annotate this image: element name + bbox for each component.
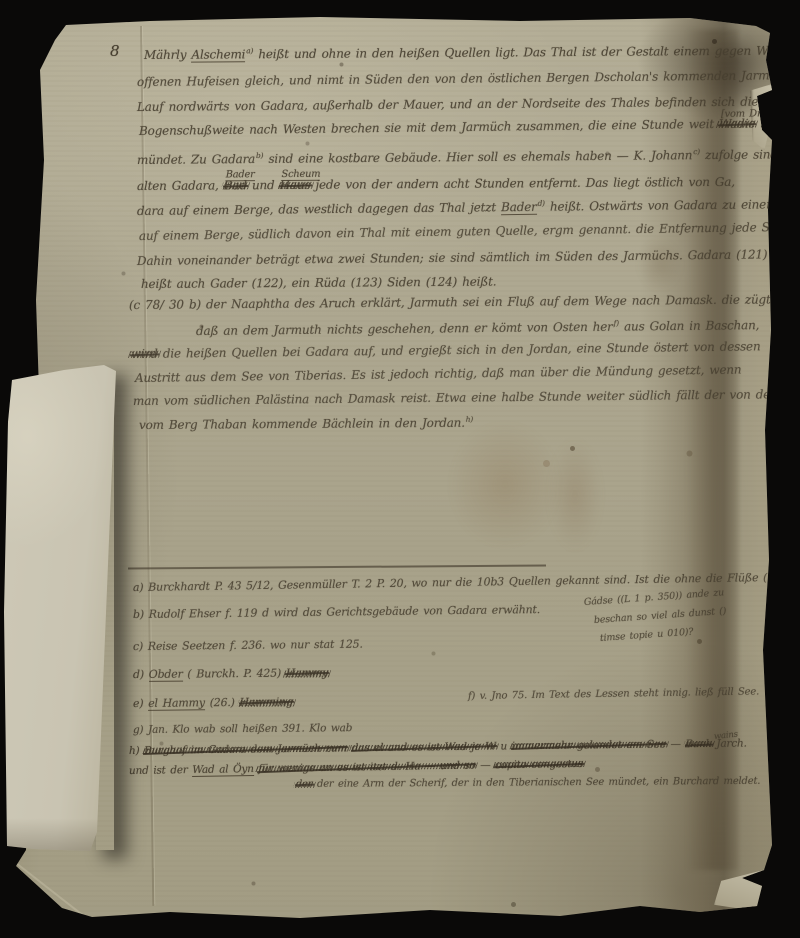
manuscript-line-B2: der der eine Arm der Scherif, der in den… bbox=[296, 776, 760, 790]
text-segment: dara auf einem Berge, das westlich dageg… bbox=[137, 200, 501, 218]
manuscript-line-S5: man vom südlichen Palästina nach Damask … bbox=[133, 387, 800, 408]
bottom-right-corner-fold bbox=[714, 868, 774, 914]
struck-out-text: Hammy bbox=[286, 666, 328, 679]
manuscript-line-S3: wird die heißen Quellen bei Gadara auf, … bbox=[131, 339, 761, 361]
text-segment: aus Golan in Baschan, bbox=[619, 318, 759, 333]
manuscript-line-L1: Mährly Alschemia) heißt und ohne in den … bbox=[144, 42, 799, 62]
struck-out-text: Burghof im Gadara dem Jarmüch zum bbox=[144, 742, 347, 756]
struck-out-text: wird bbox=[131, 347, 158, 361]
manuscript-line-FG: g) Jan. Klo wab soll heißen 391. Klo wab bbox=[133, 722, 352, 736]
manuscript-line-FE: e) el Hammy (26.) Hamming bbox=[133, 695, 293, 710]
manuscript-line-L7: dara auf einem Berge, das westlich dageg… bbox=[137, 196, 780, 218]
struck-out-text: immermehr gelandet am See bbox=[512, 738, 666, 752]
manuscript-line-S1: (c 78/ 30 b) der Naaphtha des Aruch erkl… bbox=[129, 292, 771, 312]
manuscript-line-FH: h) Burghof im Gadara dem Jarmüch zum das… bbox=[129, 737, 747, 757]
underlined-text: Obder bbox=[149, 668, 183, 682]
margin-note-line: Gádse ((L 1 p. 350)) ande zu bbox=[584, 587, 725, 608]
inline-correction: BaderBad bbox=[224, 178, 247, 192]
manuscript-line-L10: heißt auch Gader (122), ein Rüda (123) S… bbox=[141, 275, 496, 291]
text-segment: ( Burckh. P. 425) bbox=[183, 667, 286, 681]
margin-note-line: beschan so viel als dunst () bbox=[594, 606, 727, 626]
text-segment: g) Jan. Klo wab soll heißen 391. Klo wab bbox=[133, 722, 352, 736]
text-segment: b) Rudolf Ehser f. 119 d wird das Gerich… bbox=[133, 603, 540, 621]
manuscript-line-FB: b) Rudolf Ehser f. 119 d wird das Gerich… bbox=[133, 603, 540, 621]
footnote-separator-rule bbox=[128, 565, 546, 569]
text-segment: offenen Hufeisen gleich, und nimt in Süd… bbox=[137, 67, 800, 89]
struck-out-text: der bbox=[296, 779, 313, 790]
text-segment: c) Reise Seetzen f. 236. wo nur stat 125… bbox=[133, 638, 363, 653]
text-segment: Dahin voneinander beträgt etwa zwei Stun… bbox=[137, 247, 767, 268]
text-segment: d) bbox=[133, 668, 149, 681]
manuscript-line-FD: d) Obder ( Burckh. P. 425) Hammy bbox=[133, 666, 328, 681]
text-segment: Austritt aus dem See von Tiberias. Es is… bbox=[135, 363, 742, 385]
bottom-left-cut-edge bbox=[15, 862, 91, 922]
text-segment: in den Jordan bbox=[755, 115, 800, 130]
manuscript-line-FC: c) Reise Seetzen f. 236. wo nur stat 125… bbox=[133, 638, 363, 653]
manuscript-line-S6: vom Berg Thaban kommende Bächlein in den… bbox=[139, 415, 473, 432]
underlined-text: Bader bbox=[501, 200, 537, 215]
text-segment: e) bbox=[133, 697, 148, 710]
margin-note-line: timse topie u 010)? bbox=[600, 626, 694, 643]
text-segment: und ist der bbox=[129, 764, 192, 777]
interlinear-insert: [vom Dn]Wadie bbox=[719, 116, 755, 130]
underlined-text: Wad al Öyn bbox=[192, 763, 254, 777]
footnote-marker: e) bbox=[772, 196, 779, 205]
text-segment: sind eine kostbare Gebäude. Hier soll es… bbox=[263, 148, 692, 166]
struck-out-text: Bank bbox=[685, 738, 711, 750]
text-segment: daß an dem Jarmuth nichts geschehen, den… bbox=[196, 320, 613, 338]
text-segment: Bogenschußweite nach Westen brechen sie … bbox=[139, 117, 719, 138]
text-segment: jede von der andern acht Stunden entfern… bbox=[310, 175, 735, 192]
text-segment: zufolge sind im bbox=[700, 147, 798, 162]
text-segment: man vom südlichen Palästina nach Damask … bbox=[133, 387, 800, 408]
struck-out-text: capito congestus bbox=[495, 758, 583, 771]
manuscript-line-L9: Dahin voneinander beträgt etwa zwei Stun… bbox=[137, 247, 767, 268]
struck-out-text: für wenige an es ist itzt d. Ha — und so bbox=[258, 760, 475, 775]
text-segment: der eine Arm der Scherif, der in den Tib… bbox=[312, 776, 760, 790]
text-segment: Lauf nordwärts von Gadara, außerhalb der… bbox=[137, 94, 800, 114]
struck-out-text: Bad bbox=[224, 178, 247, 192]
photographed-manuscript-scene: 8 Mährly Alschemia) heißt und ohne in de… bbox=[0, 0, 800, 938]
text-segment: heißt. Ostwärts von Gadara zu einer bbox=[545, 197, 772, 213]
struck-out-text: Hamming bbox=[239, 695, 292, 709]
text-segment: alten Gadara, bbox=[137, 178, 224, 193]
footnote-marker: h) bbox=[466, 415, 473, 424]
text-segment: auf einem Berge, südlich davon ein Thal … bbox=[139, 220, 792, 243]
page-number: 8 bbox=[110, 42, 119, 60]
text-segment: f) v. Jno 75. Im Text des Lessen steht i… bbox=[468, 686, 759, 702]
manuscript-line-L2: offenen Hufeisen gleich, und nimt in Süd… bbox=[137, 67, 800, 89]
center-stain-streak bbox=[540, 420, 610, 570]
text-segment: die heißen Quellen bei Gadara auf, und e… bbox=[158, 339, 761, 360]
text-segment: heißt auch Gader (122), ein Rüda (123) S… bbox=[141, 275, 496, 291]
manuscript-line-S4: Austritt aus dem See von Tiberias. Es is… bbox=[135, 363, 742, 385]
text-segment: Mährly bbox=[144, 48, 192, 62]
underlined-text: el Hammy bbox=[148, 696, 205, 711]
text-segment: — bbox=[666, 738, 686, 750]
text-segment: mündet. Zu Gadara bbox=[137, 152, 255, 167]
struck-out-text: Wadie bbox=[719, 116, 755, 130]
manuscript-line-S2: daß an dem Jarmuth nichts geschehen, den… bbox=[196, 317, 759, 338]
manuscript-line-L8: auf einem Berge, südlich davon ein Thal … bbox=[139, 220, 792, 243]
manuscript-line-L4: Bogenschußweite nach Westen brechen sie … bbox=[139, 115, 800, 138]
struck-out-text: das el and es ist Wad je W bbox=[352, 741, 496, 755]
text-segment: vom Berg Thaban kommende Bächlein in den… bbox=[139, 416, 465, 432]
foxing-specks bbox=[0, 0, 3, 3]
underlined-text: Alschemi bbox=[191, 47, 245, 62]
manuscript-line-L5: mündet. Zu Gadarab) sind eine kostbare G… bbox=[137, 146, 798, 167]
manuscript-line-B1: und ist der Wad al Öyn für wenige an es … bbox=[129, 758, 583, 777]
text-segment: (26.) bbox=[205, 696, 240, 709]
manuscript-page: 8 Mährly Alschemia) heißt und ohne in de… bbox=[0, 0, 800, 938]
struck-out-text: Haus bbox=[280, 178, 311, 192]
mid-right-stain bbox=[630, 230, 690, 300]
manuscript-line-L6: alten Gadara, BaderBad und ScheumHaus je… bbox=[137, 175, 735, 193]
inline-correction: ScheumHaus bbox=[280, 178, 311, 192]
text-segment: heißt und ohne in den heißen Quellen lig… bbox=[253, 43, 799, 61]
text-segment: (c 78/ 30 b) der Naaphtha des Aruch erkl… bbox=[129, 292, 771, 312]
manuscript-line-FF: f) v. Jno 75. Im Text des Lessen steht i… bbox=[468, 686, 759, 702]
manuscript-line-L3: Lauf nordwärts von Gadara, außerhalb der… bbox=[137, 94, 800, 114]
footnote-marker: d) bbox=[538, 199, 545, 208]
